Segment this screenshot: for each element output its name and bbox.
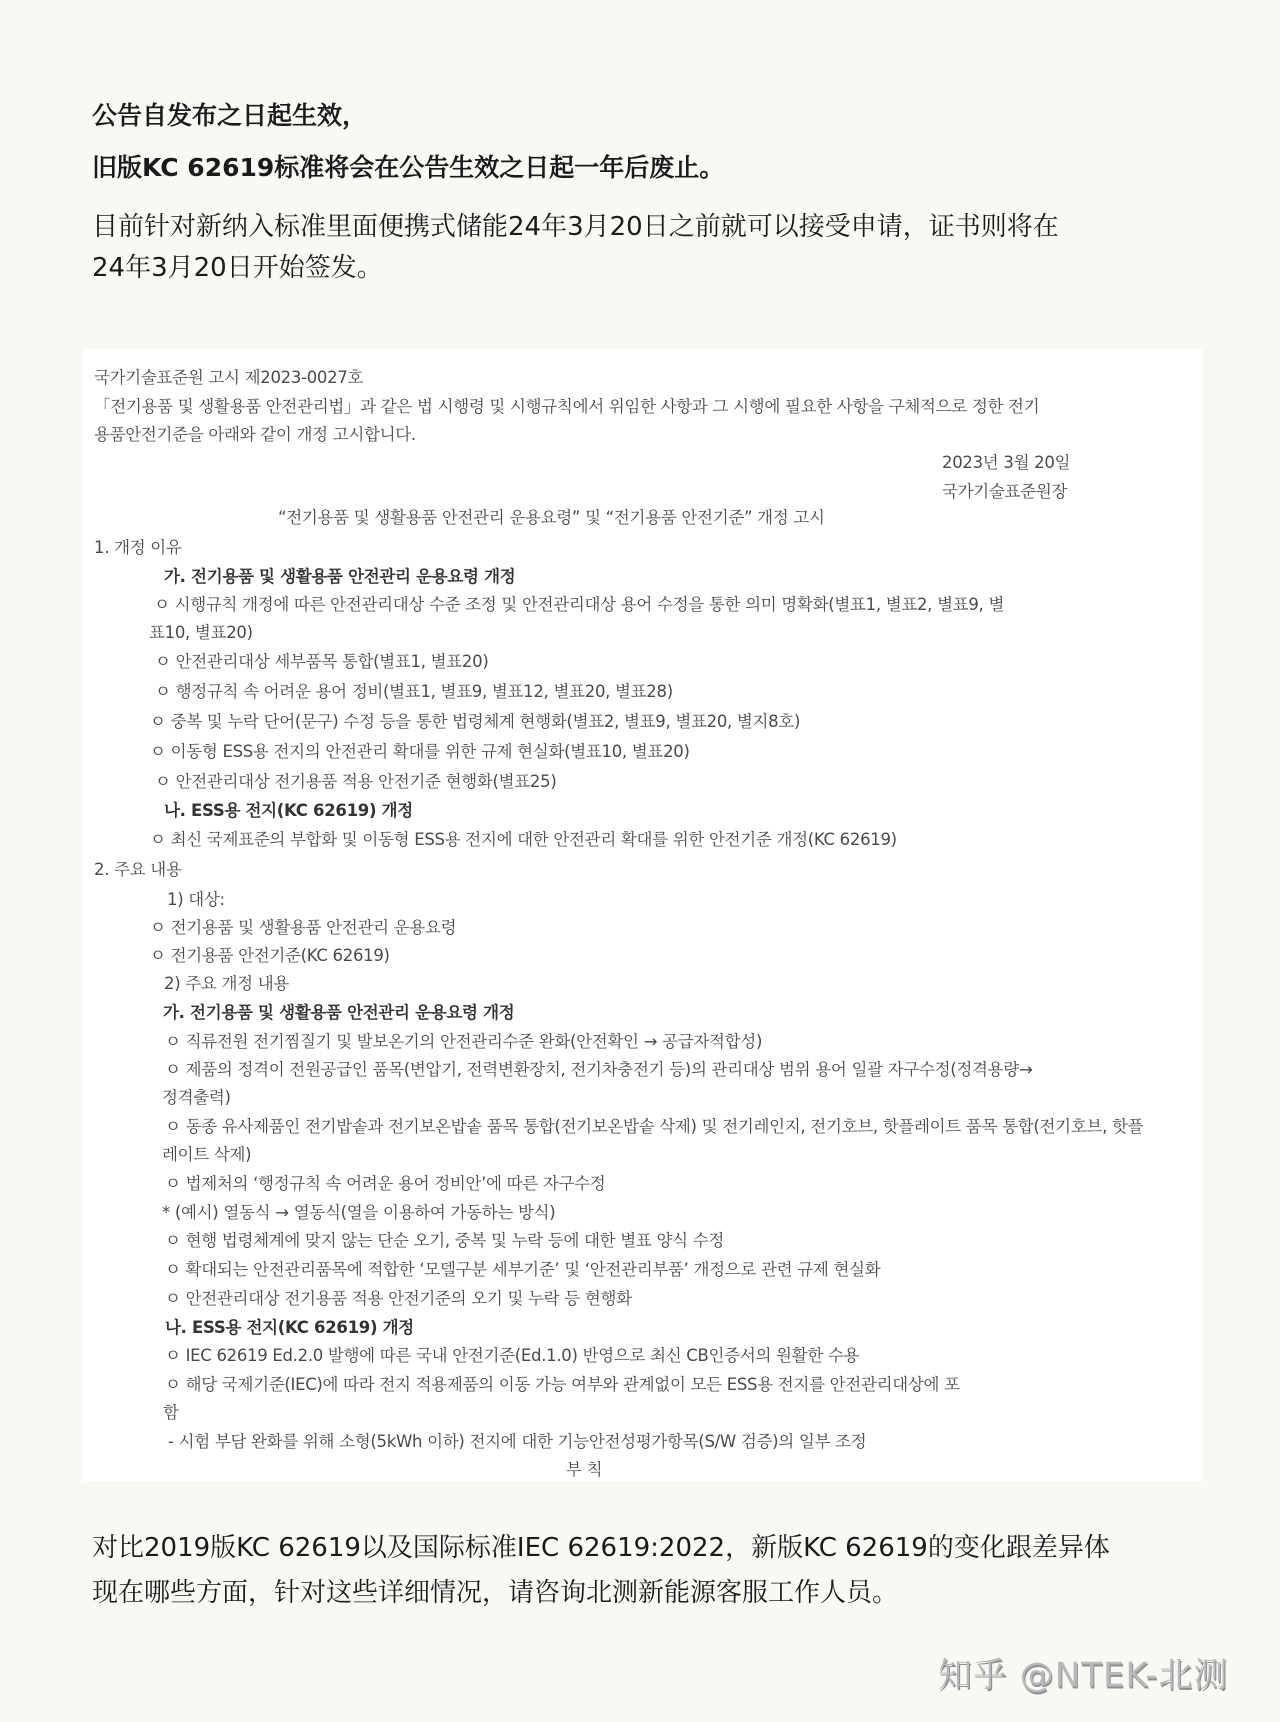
- section2-sub-a-item: * (예시) 열동식 → 열동식(열을 이용하여 가동하는 방식): [162, 1202, 555, 1224]
- section2-sub-b-item: 함: [163, 1402, 179, 1424]
- intro-abolish-line: 旧版KC 62619标准将会在公告生效之日起一年后废止。: [92, 152, 724, 184]
- section1-sub-a-item: 표10, 별표20): [149, 622, 253, 644]
- notice-preamble-line-2: 용품안전기준을 아래와 같이 개정 고시합니다.: [94, 424, 416, 446]
- intro-paragraph-line-1: 目前针对新纳入标准里面便携式储能24年3月20日之前就可以接受申请，证书则将在: [92, 211, 1059, 243]
- section1-sub-b-item: ㅇ 최신 국제표준의 부합화 및 이동형 ESS용 전지에 대한 안전관리 확대…: [150, 829, 897, 851]
- notice-number: 국가기술표준원 고시 제2023-0027호: [94, 367, 363, 389]
- intro-effective-line: 公告自发布之日起生效，: [92, 100, 367, 132]
- section2-sub-a-heading: 가. 전기용품 및 생활용품 안전관리 운용요령 개정: [163, 1002, 514, 1024]
- notice-date: 2023년 3월 20일: [942, 452, 1070, 474]
- notice-issuer: 국가기술표준원장: [942, 481, 1067, 503]
- section1-sub-a-item: ㅇ 중복 및 누락 단어(문구) 수정 등을 통한 법령체계 현행화(별표2, …: [150, 711, 800, 733]
- section2-sub-a-item: 레이트 삭제): [162, 1144, 251, 1166]
- section1-sub-a-item: ㅇ 행정규칙 속 어려운 용어 정비(별표1, 별표9, 별표12, 별표20,…: [155, 681, 673, 703]
- zhihu-watermark: 知乎 @NTEK-北测: [938, 1648, 1229, 1697]
- section2-sub-a-item: ㅇ 현행 법령체계에 맞지 않는 단순 오기, 중복 및 누락 등에 대한 별표…: [165, 1230, 724, 1252]
- notice-title: “전기용품 및 생활용품 안전관리 운용요령” 및 “전기용품 안전기준” 개정…: [278, 507, 825, 529]
- section2-sub-a-item: ㅇ 확대되는 안전관리품목에 적합한 ‘모델구분 세부기준’ 및 ‘안전관리부품…: [165, 1259, 880, 1281]
- section1-sub-b-heading: 나. ESS용 전지(KC 62619) 개정: [164, 800, 413, 822]
- section1-heading: 1. 개정 이유: [94, 537, 182, 559]
- section2-target-item: ㅇ 전기용품 및 생활용품 안전관리 운용요령: [150, 917, 456, 939]
- section2-sub-b-item: - 시험 부담 완화를 위해 소형(5kWh 이하) 전지에 대한 기능안전성평…: [168, 1431, 866, 1453]
- closing-line-2: 现在哪些方面，针对这些详细情况，请咨询北测新能源客服工作人员。: [92, 1577, 898, 1609]
- section1-sub-a-item: ㅇ 시행규칙 개정에 따른 안전관리대상 수준 조정 및 안전관리대상 용어 수…: [154, 594, 1004, 616]
- section1-sub-a-item: ㅇ 안전관리대상 전기용품 적용 안전기준 현행화(별표25): [155, 771, 556, 793]
- section2-sub-b-heading: 나. ESS용 전지(KC 62619) 개정: [165, 1317, 414, 1339]
- supplementary-provisions-heading: 부 칙: [566, 1459, 602, 1481]
- section1-sub-a-item: ㅇ 안전관리대상 세부품목 통합(별표1, 별표20): [155, 651, 488, 673]
- section2-heading: 2. 주요 내용: [94, 859, 182, 881]
- section2-sub-a-item: 정격출력): [162, 1087, 231, 1109]
- section2-sub-a-item: ㅇ 법제처의 ‘행정규칙 속 어려운 용어 정비안’에 따른 자구수정: [165, 1173, 605, 1195]
- closing-line-1: 对比2019版KC 62619以及国际标准IEC 62619:2022，新版KC…: [92, 1532, 1110, 1564]
- section2-sub-a-item: ㅇ 직류전원 전기찜질기 및 발보온기의 안전관리수준 완화(안전확인 → 공급…: [165, 1031, 762, 1053]
- section2-targets-heading: 1) 대상:: [167, 889, 225, 911]
- intro-paragraph-line-2: 24年3月20日开始签发。: [92, 252, 383, 284]
- section2-sub-a-item: ㅇ 안전관리대상 전기용품 적용 안전기준의 오기 및 누락 등 현행화: [165, 1288, 632, 1310]
- section2-sub-b-item: ㅇ IEC 62619 Ed.2.0 발행에 따른 국내 안전기준(Ed.1.0…: [165, 1345, 859, 1367]
- section1-sub-a-item: ㅇ 이동형 ESS용 전지의 안전관리 확대를 위한 규제 현실화(별표10, …: [150, 741, 690, 763]
- section2-changes-heading: 2) 주요 개정 내용: [164, 973, 289, 995]
- section2-target-item: ㅇ 전기용품 안전기준(KC 62619): [150, 945, 390, 967]
- section2-sub-b-item: ㅇ 해당 국제기준(IEC)에 따라 전지 적용제품의 이동 가능 여부와 관계…: [165, 1374, 960, 1396]
- notice-preamble-line-1: 「전기용품 및 생활용품 안전관리법」과 같은 법 시행령 및 시행규칙에서 위…: [94, 396, 1039, 418]
- section2-sub-a-item: ㅇ 동종 유사제품인 전기밥솥과 전기보온밥솥 품목 통합(전기보온밥솥 삭제)…: [165, 1116, 1143, 1138]
- section1-sub-a-heading: 가. 전기용품 및 생활용품 안전관리 운용요령 개정: [164, 566, 515, 588]
- section2-sub-a-item: ㅇ 제품의 정격이 전원공급인 품목(변압기, 전력변환장치, 전기차충전기 등…: [165, 1059, 1032, 1081]
